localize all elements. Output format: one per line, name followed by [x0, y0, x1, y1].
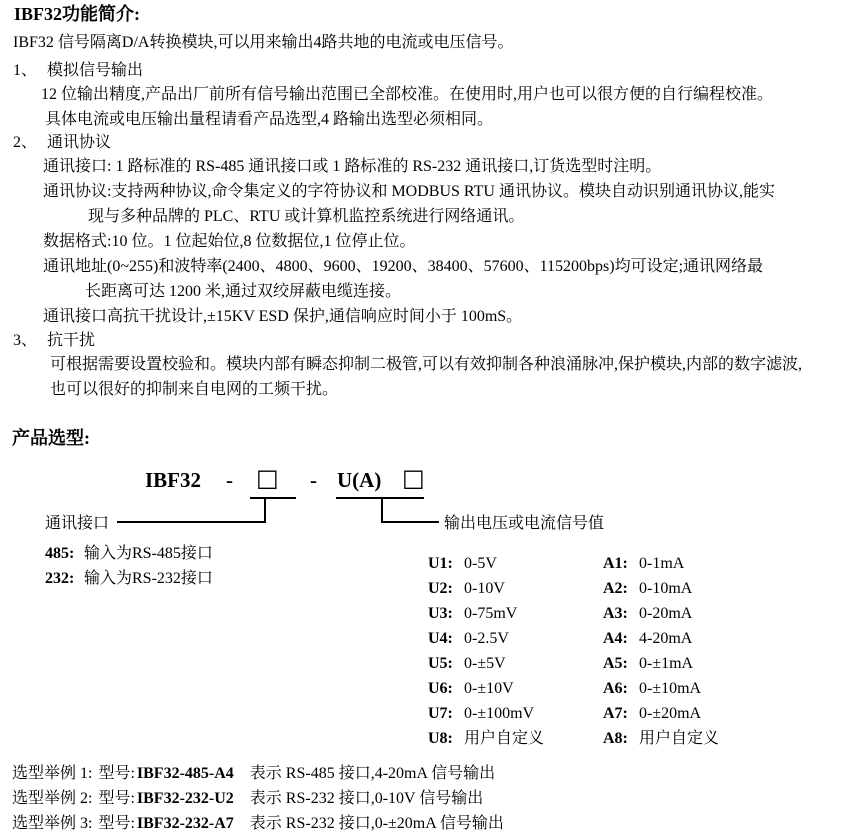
intro-title: IBF32功能简介:	[14, 4, 140, 25]
underline-interface-box	[250, 497, 296, 499]
item-number: 2、	[13, 132, 39, 153]
model-dash-1: -	[226, 468, 233, 492]
current-option: A3:0-20mA	[603, 603, 692, 624]
list-item-3-heading: 3、抗干扰	[13, 330, 95, 351]
interface-option-485: 485:输入为RS-485接口	[45, 543, 213, 564]
connector-vertical-right	[381, 497, 383, 523]
selection-example-3: 选型举例 3:型号:IBF32-232-A7表示 RS-232 接口,0-±20…	[12, 813, 504, 834]
voltage-option: U1:0-5V	[428, 553, 497, 574]
connector-horizontal-left	[117, 521, 266, 523]
item-1-line-2: 具体电流或电压输出量程请看产品选型,4 路输出选型必须相同。	[45, 109, 493, 130]
selection-example-1: 选型举例 1:型号:IBF32-485-A4表示 RS-485 接口,4-20m…	[12, 763, 495, 784]
item-2-line-2: 通讯协议:支持两种协议,命令集定义的字符协议和 MODBUS RTU 通讯协议。…	[43, 181, 775, 202]
item-3-line-1: 可根据需要设置校验和。模块内部有瞬态抑制二极管,可以有效抑制各种浪涌脉冲,保护模…	[50, 354, 802, 375]
example-description: 表示 RS-232 接口,0-±20mA 信号输出	[250, 815, 504, 832]
voltage-option: U2:0-10V	[428, 578, 505, 599]
current-option: A5:0-±1mA	[603, 653, 693, 674]
underline-signal-box	[336, 497, 424, 499]
current-option: A8:用户自定义	[603, 728, 719, 749]
example-field: 型号:	[98, 765, 134, 782]
item-number: 1、	[13, 60, 39, 81]
item-title: 通讯协议	[47, 134, 111, 151]
example-field: 型号:	[98, 790, 134, 807]
example-field: 型号:	[98, 815, 134, 832]
interface-option-232: 232:输入为RS-232接口	[45, 568, 213, 589]
current-option: A1:0-1mA	[603, 553, 684, 574]
current-option: A4:4-20mA	[603, 628, 692, 649]
voltage-option: U4:0-2.5V	[428, 628, 509, 649]
model-prefix: IBF32	[145, 468, 201, 492]
item-title: 抗干扰	[47, 332, 95, 349]
option-desc: 输入为RS-485接口	[84, 545, 213, 562]
document-page: IBF32功能简介: IBF32 信号隔离D/A转换模块,可以用来输出4路共地的…	[0, 0, 852, 839]
model-suffix: U(A)	[337, 468, 381, 492]
item-2-line-7: 通讯接口高抗干扰设计,±15KV ESD 保护,通信响应时间小于 100mS。	[43, 306, 522, 327]
example-model-number: IBF32-232-A7	[137, 815, 234, 832]
item-1-line-1: 12 位输出精度,产品出厂前所有信号输出范围已全部校准。在使用时,用户也可以很方…	[41, 84, 773, 105]
current-option: A6:0-±10mA	[603, 678, 701, 699]
voltage-option: U6:0-±10V	[428, 678, 514, 699]
example-label: 选型举例 1:	[12, 765, 92, 782]
connector-horizontal-right	[381, 521, 439, 523]
voltage-option: U8:用户自定义	[428, 728, 544, 749]
option-code: 232:	[45, 568, 84, 589]
connector-vertical-left	[264, 497, 266, 523]
list-item-1-heading: 1、模拟信号输出	[13, 60, 143, 81]
placeholder-box-icon: □	[402, 466, 425, 490]
item-title: 模拟信号输出	[47, 62, 143, 79]
current-option: A7:0-±20mA	[603, 703, 701, 724]
voltage-option: U5:0-±5V	[428, 653, 506, 674]
option-code: 485:	[45, 543, 84, 564]
example-description: 表示 RS-232 接口,0-10V 信号输出	[250, 790, 484, 807]
item-2-line-3: 现与多种品牌的 PLC、RTU 或计算机监控系统进行网络通讯。	[88, 206, 524, 227]
item-2-line-5: 通讯地址(0~255)和波特率(2400、4800、9600、19200、384…	[43, 256, 763, 277]
example-model-number: IBF32-485-A4	[137, 765, 234, 782]
current-option: A2:0-10mA	[603, 578, 692, 599]
voltage-option: U7:0-±100mV	[428, 703, 534, 724]
selection-heading: 产品选型:	[12, 428, 90, 449]
intro-lead: IBF32 信号隔离D/A转换模块,可以用来输出4路共地的电流或电压信号。	[13, 32, 513, 53]
selection-example-2: 选型举例 2:型号:IBF32-232-U2表示 RS-232 接口,0-10V…	[12, 788, 483, 809]
model-dash-2: -	[310, 468, 317, 492]
example-label: 选型举例 3:	[12, 815, 92, 832]
item-2-line-4: 数据格式:10 位。1 位起始位,8 位数据位,1 位停止位。	[43, 231, 415, 252]
example-description: 表示 RS-485 接口,4-20mA 信号输出	[250, 765, 495, 782]
item-number: 3、	[13, 330, 39, 351]
voltage-option: U3:0-75mV	[428, 603, 517, 624]
interface-label: 通讯接口	[45, 513, 109, 534]
item-3-line-2: 也可以很好的抑制来自电网的工频干扰。	[50, 379, 338, 400]
item-2-line-6: 长距离可达 1200 米,通过双绞屏蔽电缆连接。	[85, 281, 401, 302]
placeholder-box-icon: □	[256, 466, 279, 490]
option-desc: 输入为RS-232接口	[84, 570, 213, 587]
item-2-line-1: 通讯接口: 1 路标准的 RS-485 通讯接口或 1 路标准的 RS-232 …	[43, 156, 661, 177]
output-signal-label: 输出电压或电流信号值	[444, 513, 604, 534]
example-model-number: IBF32-232-U2	[137, 790, 234, 807]
example-label: 选型举例 2:	[12, 790, 92, 807]
list-item-2-heading: 2、通讯协议	[13, 132, 111, 153]
